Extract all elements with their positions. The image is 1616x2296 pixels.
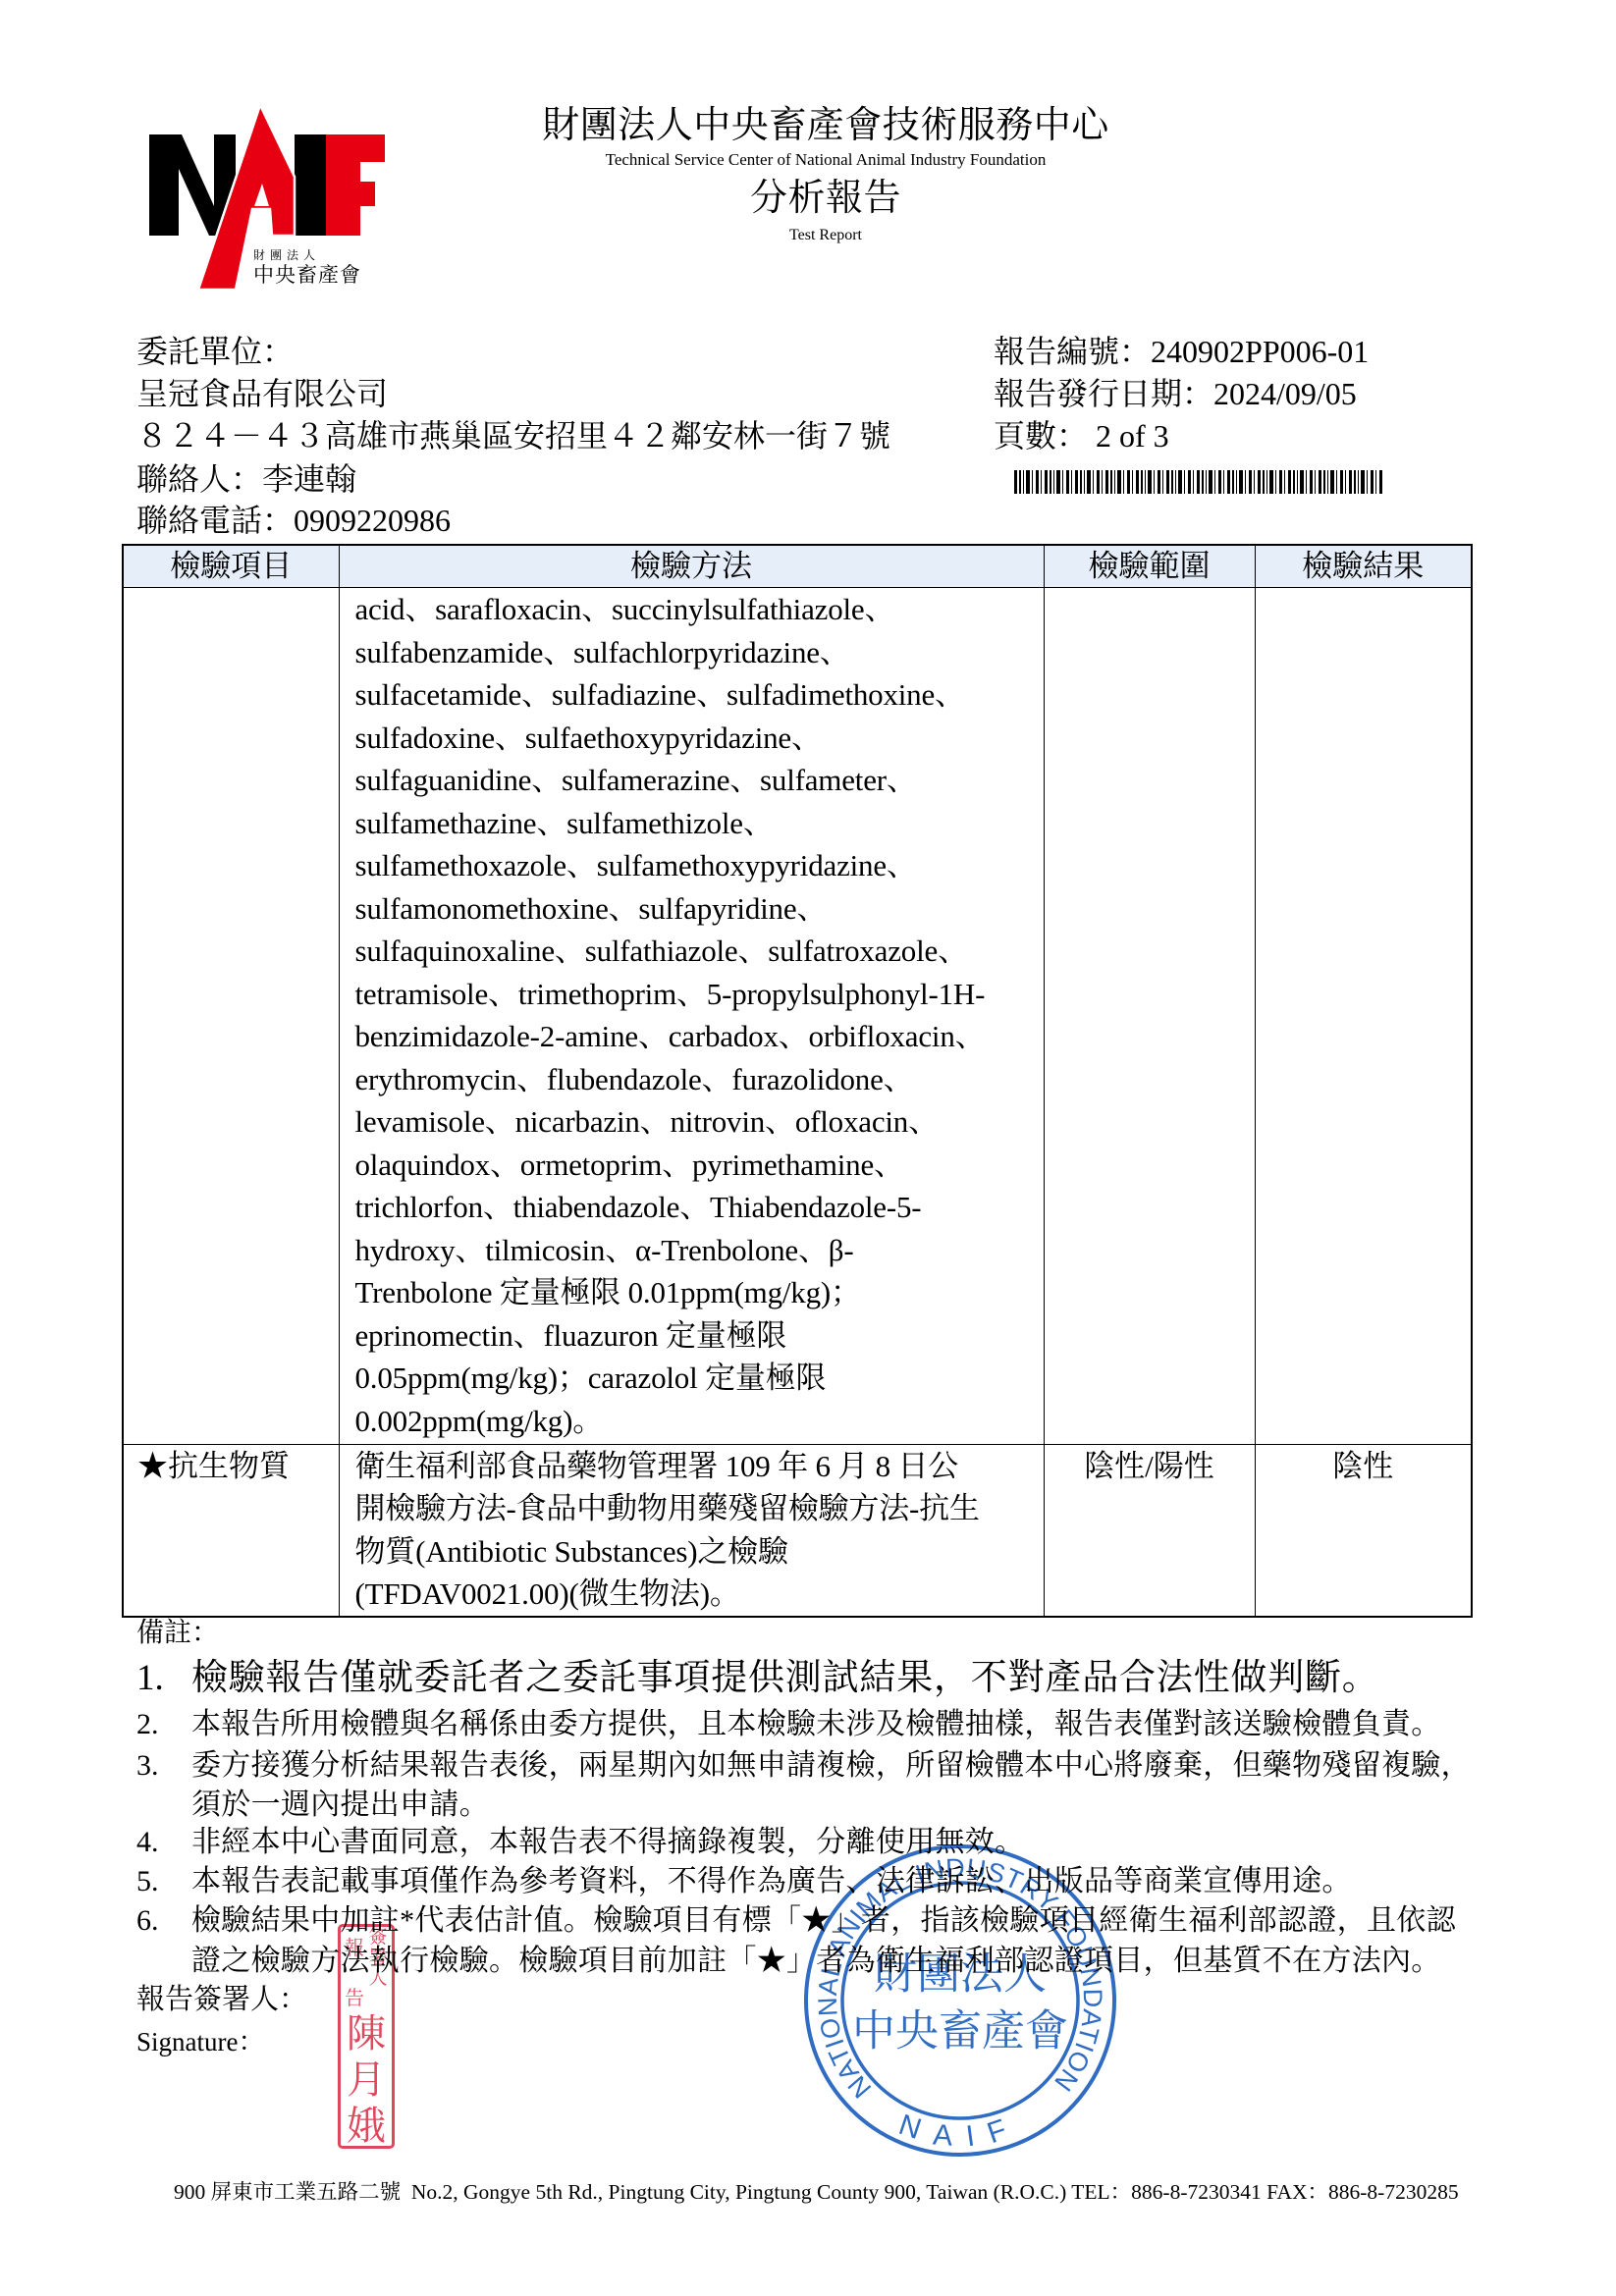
method-line: 物質(Antibiotic Substances)之檢驗 [355,1530,1044,1573]
note-item: 1. 檢驗報告僅就委託者之委託事項提供測試結果，不對產品合法性做判斷。 [0,1657,1616,1700]
cell-result [1255,588,1472,1445]
method-line: olaquindox、ormetoprim、pyrimethamine、 [355,1144,1044,1187]
doc-title-en: Test Report [433,227,1218,244]
cell-range [1044,588,1255,1445]
naif-logo: 財團法人 中央畜產會 [137,98,403,294]
issue-date-label: 報告發行日期： [994,376,1213,411]
client-unit-label: 委託單位： [136,330,294,373]
report-number-value: 240902PP006-01 [1151,334,1369,369]
org-name-zh: 財團法人中央畜產會技術服務中心 [433,106,1218,145]
method-line: tetramisole、trimethoprim、5-propylsulphon… [355,973,1044,1016]
table-row: ★抗生物質 衛生福利部食品藥物管理署 109 年 6 月 8 日公 開檢驗方法-… [123,1445,1472,1618]
note-number: 4. [136,1821,159,1864]
cell-item: ★抗生物質 [123,1445,339,1618]
method-line: sulfamonomethoxine、sulfapyridine、 [355,887,1044,931]
contact-label: 聯絡人： [136,461,262,497]
notes-title: 備註： [136,1612,219,1655]
header-item: 檢驗項目 [123,545,339,588]
method-line: sulfacetamide、sulfadiazine、sulfadimethox… [355,673,1044,717]
seal-center-line1: 財團法人 [874,1949,1047,2000]
logo-caption-small: 財團法人 [253,247,320,262]
note-text: 委方接獲分析結果報告表後，兩星期內如無申請複檢，所留檢體本中心將廢棄，但藥物殘留… [191,1744,1471,1788]
note-number: 1. [136,1657,164,1700]
method-line: Trenbolone 定量極限 0.01ppm(mg/kg)； [355,1271,1044,1314]
signer-seal-stamp: 報告 簽署人 陳月娥 [338,1924,395,2149]
logo-caption-large: 中央畜產會 [253,263,361,287]
client-contact: 聯絡人：李連翰 [136,457,356,501]
seal-caption-right: 簽署人 [367,1927,389,1989]
signature-label-zh: 報告簽署人： [136,1978,307,2021]
method-line: erythromycin、flubendazole、furazolidone、 [355,1058,1044,1101]
report-page: 財團法人 中央畜產會 財團法人中央畜產會技術服務中心 Technical Ser… [0,0,1616,2296]
cell-range: 陰性/陽性 [1044,1445,1255,1618]
seal-center-line2: 中央畜產會 [852,2006,1068,2056]
cell-method: acid、sarafloxacin、succinylsulfathiazole、… [339,588,1044,1445]
client-address: ８２４－４３高雄市燕巢區安招里４２鄰安林一街７號 [136,414,890,457]
method-line: 開檢驗方法-食品中動物用藥殘留檢驗方法-抗生 [355,1487,1044,1529]
notes-title-row: 備註： [0,1612,1616,1655]
method-line: sulfamethoxazole、sulfamethoxypyridazine、 [355,844,1044,887]
method-line: levamisole、nicarbazin、nitrovin、ofloxacin… [355,1100,1044,1144]
header-result: 檢驗結果 [1255,545,1472,588]
header-range: 檢驗範圍 [1044,545,1255,588]
results-table: 檢驗項目 檢驗方法 檢驗範圍 檢驗結果 acid、sarafloxacin、su… [122,544,1473,1618]
header-method: 檢驗方法 [339,545,1044,588]
table-row: acid、sarafloxacin、succinylsulfathiazole、… [123,588,1472,1445]
method-line: 衛生福利部食品藥物管理署 109 年 6 月 8 日公 [355,1445,1044,1487]
method-line: 0.05ppm(mg/kg)；carazolol 定量極限 [355,1357,1044,1400]
method-line: eprinomectin、fluazuron 定量極限 [355,1314,1044,1358]
cell-item [123,588,339,1445]
method-line: acid、sarafloxacin、succinylsulfathiazole、 [355,588,1044,631]
phone-value: 0909220986 [294,503,451,538]
doc-title-zh: 分析報告 [433,179,1218,218]
report-number: 報告編號：240902PP006-01 [994,330,1369,373]
client-company: 呈冠食品有限公司 [136,372,388,415]
note-text: 本報告表記載事項僅作為參考資料，不得作為廣告、法律訴訟、出版品等商業宣傳用途。 [191,1860,1352,1903]
phone-label: 聯絡電話： [136,503,294,538]
method-line: hydroxy、tilmicosin、α-Trenbolone、β- [355,1229,1044,1272]
client-phone: 聯絡電話：0909220986 [136,499,451,542]
seal-caption-left: 報告 [344,1923,365,2023]
note-number: 2. [136,1703,159,1746]
barcode [1014,470,1383,494]
note-item: 3. 委方接獲分析結果報告表後，兩星期內如無申請複檢，所留檢體本中心將廢棄，但藥… [0,1744,1616,1788]
method-line: sulfaguanidine、sulfamerazine、sulfameter、 [355,759,1044,802]
organization-seal-stamp: NATIONAL ANIMAL INDUSTRY FOUNDATION NAIF… [793,1834,1127,2167]
footer-address: 900 屏東市工業五路二號 No.2, Gongye 5th Rd., Ping… [174,2179,1459,2205]
method-line: benzimidazole-2-amine、carbadox、orbifloxa… [355,1015,1044,1058]
method-line: (TFDAV0021.00)(微生物法)。 [355,1573,1044,1615]
cell-method: 衛生福利部食品藥物管理署 109 年 6 月 8 日公 開檢驗方法-食品中動物用… [339,1445,1044,1618]
method-line: 0.002ppm(mg/kg)。 [355,1400,1044,1443]
method-line: sulfadoxine、sulfaethoxypyridazine、 [355,717,1044,760]
note-number: 5. [136,1860,159,1903]
table-header-row: 檢驗項目 檢驗方法 檢驗範圍 檢驗結果 [123,545,1472,588]
report-number-label: 報告編號： [994,334,1151,369]
report-pages: 頁數： 2 of 3 [994,414,1169,457]
pages-label: 頁數： [994,418,1088,454]
cell-result: 陰性 [1255,1445,1472,1618]
org-name-en: Technical Service Center of National Ani… [433,150,1218,170]
method-line: sulfabenzamide、sulfachlorpyridazine、 [355,631,1044,674]
note-item: 2. 本報告所用檢體與名稱係由委方提供，且本檢驗未涉及檢體抽樣，報告表僅對該送驗… [0,1703,1616,1746]
signature-label-en: Signature： [136,2020,264,2063]
note-number: 6. [136,1899,159,1943]
note-text: 檢驗報告僅就委託者之委託事項提供測試結果，不對產品合法性做判斷。 [191,1657,1379,1700]
issue-date-value: 2024/09/05 [1213,376,1357,411]
note-text: 本報告所用檢體與名稱係由委方提供，且本檢驗未涉及檢體抽樣，報告表僅對該送驗檢體負… [191,1703,1441,1746]
seal-signer-name: 陳月娥 [341,2011,392,2150]
contact-value: 李連翰 [262,461,356,497]
method-line: sulfamethazine、sulfamethizole、 [355,802,1044,845]
method-line: trichlorfon、thiabendazole、Thiabendazole-… [355,1186,1044,1229]
report-issue-date: 報告發行日期：2024/09/05 [994,372,1357,415]
naif-logo-mark: 財團法人 中央畜產會 [137,98,403,294]
note-number: 3. [136,1744,159,1788]
method-line: sulfaquinoxaline、sulfathiazole、sulfatrox… [355,930,1044,973]
pages-value: 2 of 3 [1088,418,1169,454]
